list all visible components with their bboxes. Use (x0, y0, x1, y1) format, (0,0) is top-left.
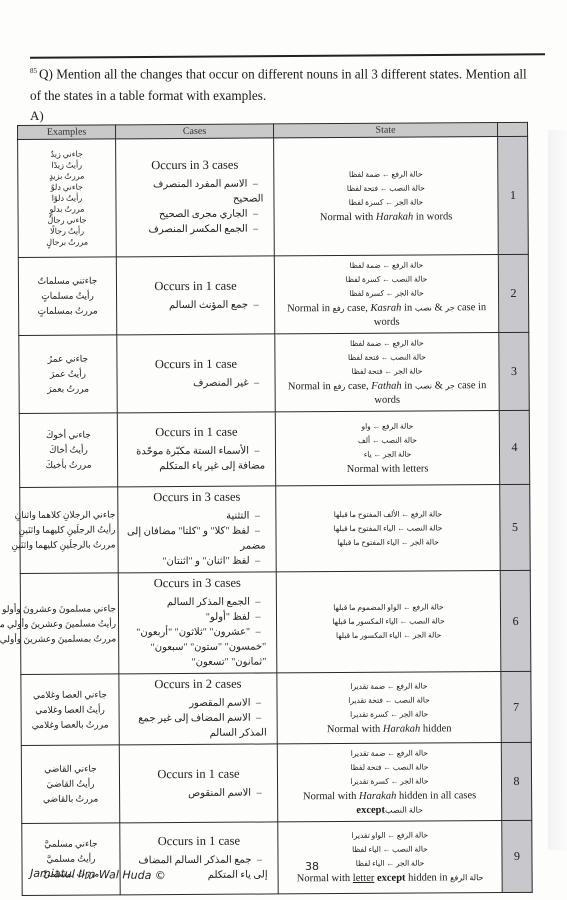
state-cell: حالة الرفع ← ضمة تقديراحالة النصب ← فتحة… (277, 672, 501, 744)
table-row: جاءني عمرُرأيتُ عمرَمررتُ بعمرَOccurs in… (19, 332, 529, 413)
cases-cell: Occurs in 1 case–الأسماء الستة مكبّرة مو… (117, 412, 275, 487)
state-rule-line: حالة الجر ← كسرة لفظا (278, 195, 493, 210)
state-rule-line: حالة الرفع ← ضمة تقديرا (282, 746, 497, 761)
top-divider (30, 53, 545, 58)
page-edge-shadow (548, 130, 567, 850)
example-line: جاءتني مسلماتٌ (21, 273, 114, 289)
cases-cell: Occurs in 3 cases–التثنية–لفظ "كلا" و "ك… (118, 486, 277, 573)
case-item: –الاسم المنقوص (126, 785, 271, 801)
example-line: رأيتُ العصا وغلامي (24, 702, 117, 718)
case-item-text: الاسم المضاف إلى غير جمع المذكر السالم (138, 713, 267, 739)
case-item-text: الجمع المكسر المنصرف (148, 224, 247, 236)
dash-bullet-icon: – (248, 221, 264, 236)
dash-bullet-icon: – (250, 553, 266, 568)
summary-em: Harakah (359, 791, 396, 802)
example-line: رأيتُ أخاكَ (22, 442, 115, 458)
summary-pre: Normal with (320, 212, 376, 223)
case-item: –الاسم المضاف إلى غير جمع المذكر السالم (126, 710, 271, 741)
case-count-title: Occurs in 1 case (126, 833, 271, 849)
examples-cell: جاءني مسلميَّرأيتُ مسلميَّمررتُ بمسلميَّ (22, 823, 120, 896)
summary-ar2: نصب (415, 303, 432, 312)
case-count-title: Occurs in 1 case (123, 356, 268, 372)
state-summary: Normal with Harakah hidden (282, 722, 497, 737)
state-rule-line: حالة النصب ← فتحة لفظا (278, 181, 493, 196)
question-text: 85Q) Mention all the changes that occur … (30, 60, 540, 107)
example-line: مررتُ بزيدٍ (20, 170, 113, 182)
summary-post: hidden in (406, 872, 451, 883)
summary-bold: except (356, 805, 385, 816)
state-rule-line: حالة النصب ← فتحة لفظا (282, 760, 497, 775)
summary-ar-end: حالة النصب (385, 806, 423, 815)
summary-mid: case, (345, 381, 371, 392)
case-item-text: الجمع المذكر السالم (167, 597, 250, 609)
state-summary: Normal in رفع case, Fathah in نصب & جر c… (280, 379, 495, 408)
table-row: جاءني زيدٌرأيتُ زيدًامررتُ بزيدٍجاءني دل… (18, 136, 529, 257)
dash-bullet-icon: – (248, 297, 264, 312)
case-item-text: لفظ "أولو" (206, 612, 250, 623)
example-line: مررتُ برجالٍ (21, 236, 114, 248)
case-item-text: الجاري مجرى الصحيح (159, 209, 248, 221)
example-line: رأيتُ الرجلَينِ كليهما واثنَينِ (22, 522, 115, 538)
summary-amp: & (432, 380, 445, 391)
state-summary: Normal with Harakah hidden in all cases … (282, 789, 497, 818)
state-cell: حالة الرفع ← ضمة لفظاحالة النصب ← فتحة ل… (275, 333, 499, 412)
example-line: جاءني رجالٌ (21, 214, 114, 226)
answer-label: A) (30, 108, 44, 124)
state-rule-line: حالة الرفع ← ضمة لفظا (278, 167, 493, 182)
state-rule-line: حالة الجر ← ياء (280, 447, 495, 462)
dash-bullet-icon: – (249, 508, 265, 523)
case-item: –الاسم المقصور (125, 695, 270, 711)
example-line: مررتُ بعمرَ (22, 381, 115, 397)
example-line: رأيتُ القاضيَ (24, 776, 117, 792)
state-summary: Normal with Harakah in words (279, 210, 494, 225)
case-item-text: التثنية (226, 511, 249, 522)
row-number: 9 (502, 820, 532, 892)
summary-pre: Normal in (288, 381, 334, 392)
state-rule-line: حالة النصب ← ألف (280, 433, 495, 448)
example-line: رأيتُ مسلميَّ (24, 851, 117, 867)
case-item-text: لفظ "اثنان" و "اثنتان" (162, 556, 249, 568)
example-line: مررتُ بالعصا وغلامي (24, 717, 117, 733)
case-item: –الجمع المكسر المنصرف (123, 221, 268, 237)
question-body: Q) Mention all the changes that occur on… (30, 66, 527, 103)
case-item: –لفظ "اثنان" و "اثنتان" (125, 553, 270, 569)
state-rule-line: حالة الجر ← كسرة لفظا (279, 286, 494, 301)
state-rule-line: حالة الرفع ← الألف المفتوح ما قبلها (280, 507, 495, 522)
state-rule-line: حالة الجر ← كسرة تقديرا (282, 707, 497, 722)
example-line: جاءني الرجلانِ كلاهما واثنانِ (22, 507, 115, 523)
example-line: جاءني مسلمونَ وعشرونَ وأولو مالٍ (23, 601, 116, 617)
example-line: رأيتُ رجالًا (21, 225, 114, 237)
summary-ar1: رفع (333, 304, 345, 313)
table-row: جاءني القاضيرأيتُ القاضيَمررتُ بالقاضيOc… (21, 742, 531, 823)
examples-cell: جاءتني مسلماتٌرأيتُ مسلماتٍمررتُ بمسلمات… (18, 257, 116, 336)
dash-bullet-icon: – (249, 375, 265, 390)
example-line: جاءني القاضي (24, 761, 117, 777)
summary-em: Harakah (376, 212, 413, 223)
example-line: رأيتُ عمرَ (21, 366, 114, 382)
row-number: 5 (500, 484, 531, 570)
dash-bullet-icon: – (249, 523, 265, 538)
table-row: جاءني أخوكَرأيتُ أخاكَمررتُ بأخيكَOccurs… (19, 410, 529, 487)
example-line: مررتُ بمسلماتٍ (21, 303, 114, 319)
examples-cell: جاءني مسلمونَ وعشرونَ وأولو مالٍرأيتُ مس… (20, 573, 119, 675)
state-rule-line: حالة النصب ← الياء لفظا (282, 842, 497, 857)
case-item: –"عشرون" "ثلاثون" "أربعون" "خمسون" "ستون… (125, 624, 270, 670)
row-number: 7 (501, 671, 531, 742)
summary-amp: & (432, 302, 445, 313)
table-row: جاءني مسلميَّرأيتُ مسلميَّمررتُ بمسلميَّ… (22, 820, 532, 895)
state-summary: Normal in رفع case, Kasrah in نصب & جر c… (279, 301, 494, 330)
header-number (497, 122, 527, 136)
table-row: جاءني العصا وغلاميرأيتُ العصا وغلاميمررت… (21, 671, 531, 745)
summary-mid2: in (401, 303, 414, 314)
example-line: جاءني مسلميَّ (24, 836, 117, 852)
example-line: رأيتُ زيدًا (20, 159, 113, 171)
case-count-title: Occurs in 3 cases (122, 157, 267, 173)
example-line: مررتُ بدلوٍ (20, 203, 113, 215)
header-examples: Examples (18, 125, 116, 140)
state-cell: حالة الرفع ← الواو المضموم ما قبلهاحالة … (276, 571, 501, 673)
state-rule-line: حالة الجر ← كسرة تقديرا (282, 774, 497, 789)
state-rule-line: حالة الجر ← الياء المكسور ما قبلها (281, 628, 496, 643)
cases-cell: Occurs in 1 case–جمع المؤنث السالم (116, 256, 274, 335)
cases-cell: Occurs in 1 case–غير المنصرف (117, 334, 275, 413)
example-line: جاءني العصا وغلامي (23, 687, 116, 703)
example-line: مررتُ بأخيكَ (22, 457, 115, 473)
examples-cell: جاءني القاضيرأيتُ القاضيَمررتُ بالقاضي (21, 745, 119, 824)
state-rule-line: حالة النصب ← الياء المفتوح ما قبلها (280, 521, 495, 536)
case-count-title: Occurs in 3 cases (124, 489, 269, 505)
summary-pre: Normal with letters (347, 463, 429, 474)
case-item: –لفظ "أولو" (125, 609, 270, 625)
case-count-title: Occurs in 1 case (124, 424, 269, 440)
summary-underline: letter (353, 873, 375, 884)
examples-cell: جاءني زيدٌرأيتُ زيدًامررتُ بزيدٍجاءني دل… (18, 139, 117, 258)
case-item-text: لفظ "كلا" و "كلتا" مضافان إلى مضمر (127, 526, 266, 552)
case-item: –الجاري مجرى الصحيح (123, 206, 268, 222)
summary-pre: Normal with (327, 723, 383, 734)
example-line: جاءني دلوٌ (20, 181, 113, 193)
summary-ar2: نصب (415, 381, 432, 390)
state-rule-line: حالة النصب ← فتحة تقديرا (281, 693, 496, 708)
example-line: رأيتُ مسلمينَ وعشرينَ وأولي مالٍ (23, 616, 116, 632)
summary-post: in words (413, 211, 452, 222)
row-number: 2 (498, 254, 528, 332)
case-count-title: Occurs in 1 case (123, 278, 268, 294)
state-rule-line: حالة الرفع ← ضمة لفظا (279, 336, 494, 351)
footer-publisher: Jamiatul Ilm Wal Huda © (30, 867, 166, 882)
dash-bullet-icon: – (248, 206, 264, 221)
state-rule-line: حالة الرفع ← الواو تقديرا (282, 828, 497, 843)
case-count-title: Occurs in 2 cases (125, 676, 270, 692)
summary-em: Harakah (383, 723, 420, 734)
row-number: 8 (501, 742, 531, 820)
dash-bullet-icon: – (251, 785, 267, 800)
dash-bullet-icon: – (249, 443, 265, 458)
case-item-text: غير المنصرف (193, 377, 249, 388)
examples-cell: جاءني الرجلانِ كلاهما واثنانِرأيتُ الرجل… (20, 487, 119, 574)
examples-cell: جاءني العصا وغلاميرأيتُ العصا وغلاميمررت… (21, 674, 119, 746)
example-line: مررتُ بالقاضي (24, 791, 117, 807)
noun-states-table: Examples Cases State جاءني زيدٌرأيتُ زيد… (17, 122, 534, 896)
case-item-text: جمع المؤنث السالم (169, 299, 248, 310)
case-item: –التثنية (124, 508, 269, 524)
case-item-text: "عشرون" "ثلاثون" "أربعون" "خمسون" "ستون"… (136, 627, 266, 668)
case-item: –الأسماء الستة مكبّرة موحّدة مضافة إلى غ… (124, 443, 269, 474)
summary-mid2: in (402, 381, 415, 392)
state-rule-line: حالة النصب ← فتحة لفظا (279, 350, 494, 365)
dash-bullet-icon: – (250, 695, 266, 710)
state-summary: Normal with letter except hidden in حالة… (283, 871, 498, 886)
state-rule-line: حالة الجر ← فتحة لفظا (279, 364, 494, 379)
case-item-text: الاسم المقصور (189, 698, 250, 709)
state-cell: حالة الرفع ← واوحالة النصب ← ألفحالة الج… (275, 411, 499, 486)
state-rule-line: حالة الرفع ← ضمة تقديرا (281, 679, 496, 694)
example-line: جاءني أخوكَ (22, 427, 115, 443)
summary-em: Fathah (371, 381, 401, 392)
table-row: جاءني الرجلانِ كلاهما واثنانِرأيتُ الرجل… (20, 484, 531, 573)
state-rule-line: حالة النصب ← كسرة لفظا (279, 272, 494, 287)
table-row: جاءتني مسلماتٌرأيتُ مسلماتٍمررتُ بمسلمات… (18, 254, 528, 335)
page-number: 38 (305, 860, 319, 873)
summary-bold: except (374, 873, 405, 884)
dash-bullet-icon: – (247, 176, 263, 191)
dash-bullet-icon: – (250, 609, 266, 624)
examples-cell: جاءني أخوكَرأيتُ أخاكَمررتُ بأخيكَ (19, 413, 117, 488)
header-state: State (273, 123, 497, 138)
examples-cell: جاءني عمرُرأيتُ عمرَمررتُ بعمرَ (19, 335, 117, 414)
case-item: –جمع المؤنث السالم (123, 297, 268, 313)
cases-cell: Occurs in 3 cases–الجمع المذكر السالم–لف… (118, 572, 277, 674)
question-number: 85 (30, 67, 37, 75)
state-rule-line: حالة الجر ← الياء المفتوح ما قبلها (281, 535, 496, 550)
case-item: –الاسم المفرد المنصرف الصحيح (122, 176, 267, 207)
state-cell: حالة الرفع ← الواو تقديراحالة النصب ← ال… (278, 821, 502, 894)
table-row: جاءني مسلمونَ وعشرونَ وأولو مالٍرأيتُ مس… (20, 570, 531, 674)
summary-mid: case, (344, 303, 370, 314)
example-line: مررتُ بمسلمينَ وعشرينَ وأولي مالٍ (23, 631, 116, 647)
state-rule-line: حالة الرفع ← ضمة لفظا (279, 258, 494, 273)
case-item: –غير المنصرف (124, 375, 269, 391)
cases-cell: Occurs in 1 case–جمع المذكر السالم المضا… (120, 822, 278, 895)
case-item-text: الاسم المنقوص (188, 787, 251, 798)
example-line: رأيتُ مسلماتٍ (21, 288, 114, 304)
summary-ar3: جر (445, 303, 454, 312)
state-cell: حالة الرفع ← الألف المفتوح ما قبلهاحالة … (276, 485, 501, 572)
state-summary: Normal with letters (280, 462, 495, 477)
case-item-text: الأسماء الستة مكبّرة موحّدة مضافة إلى غي… (136, 446, 265, 473)
example-line: مررتُ بالرجلَينِ كليهما واثنَينِ (23, 537, 116, 553)
cases-cell: Occurs in 3 cases–الاسم المفرد المنصرف ا… (116, 138, 275, 257)
case-item: –لفظ "كلا" و "كلتا" مضافان إلى مضمر (124, 523, 269, 554)
row-number: 3 (499, 332, 529, 410)
example-line: جاءني عمرُ (21, 351, 114, 367)
state-rule-line: حالة الرفع ← الواو المضموم ما قبلها (281, 600, 496, 615)
case-item: –الجمع المذكر السالم (125, 594, 270, 610)
state-cell: حالة الرفع ← ضمة لفظاحالة النصب ← فتحة ل… (274, 137, 499, 256)
case-count-title: Occurs in 3 cases (125, 575, 270, 591)
case-count-title: Occurs in 1 case (126, 766, 271, 782)
summary-post: hidden in all cases (396, 790, 476, 801)
dash-bullet-icon: – (250, 624, 266, 639)
state-rule-line: حالة النصب ← الياء المكسور ما قبلها (281, 614, 496, 629)
row-number: 4 (499, 410, 529, 484)
summary-pre: Normal in (287, 303, 333, 314)
cases-cell: Occurs in 1 case–الاسم المنقوص (119, 744, 277, 823)
summary-ar-end: حالة الرفع (450, 873, 483, 882)
header-cases: Cases (116, 124, 274, 139)
summary-pre: Normal with (303, 791, 359, 802)
summary-em: Kasrah (370, 303, 401, 314)
example-line: رأيتُ دلوًا (20, 192, 113, 204)
state-cell: حالة الرفع ← ضمة تقديراحالة النصب ← فتحة… (277, 743, 501, 822)
summary-ar3: جر (445, 381, 454, 390)
summary-post: hidden (420, 723, 451, 734)
dash-bullet-icon: – (250, 594, 266, 609)
example-line: جاءني زيدٌ (20, 148, 113, 160)
state-rule-line: حالة الرفع ← واو (280, 419, 495, 434)
row-number: 1 (498, 136, 529, 254)
dash-bullet-icon: – (251, 852, 267, 867)
row-number: 6 (500, 570, 531, 671)
summary-ar1: رفع (333, 382, 345, 391)
cases-cell: Occurs in 2 cases–الاسم المقصور–الاسم ال… (119, 673, 277, 745)
state-cell: حالة الرفع ← ضمة لفظاحالة النصب ← كسرة ل… (274, 255, 498, 334)
dash-bullet-icon: – (251, 710, 267, 725)
summary-pre: Normal with (297, 873, 353, 884)
